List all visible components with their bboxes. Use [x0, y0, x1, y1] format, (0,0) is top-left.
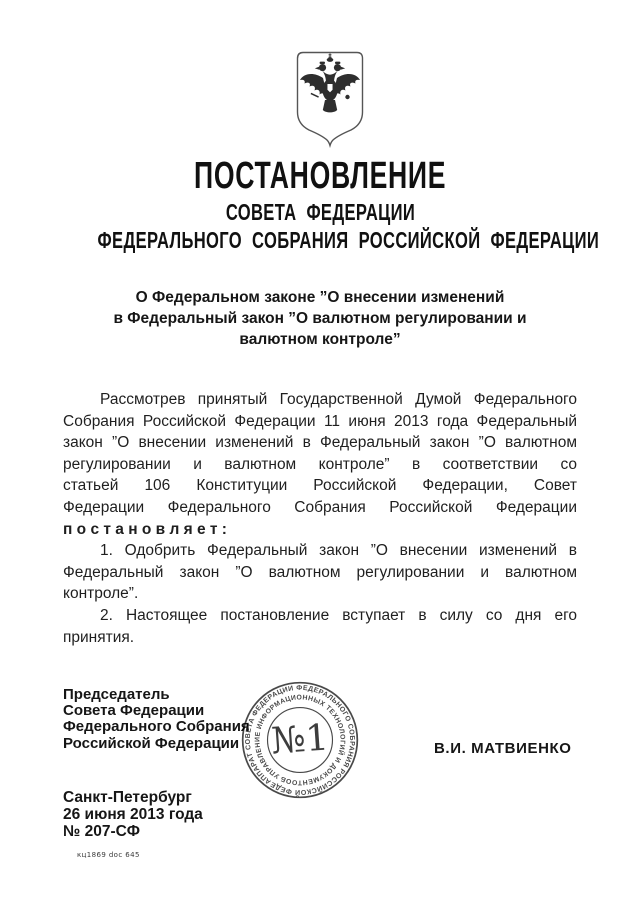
signer-role-line: Федерального Собрания [63, 719, 250, 735]
date-line: 26 июня 2013 года [63, 806, 203, 823]
body-line: 2. Настоящее постановление вступает в си… [63, 605, 577, 627]
signer-name: В.И. МАТВИЕНКО [434, 740, 572, 757]
body-line: закон ”О внесении изменений в Федеральны… [63, 432, 577, 454]
body-line: регулировании и валютном контроле” в соо… [63, 454, 577, 476]
signer-role-line: Совета Федерации [63, 703, 250, 719]
issuer-line-1: СОВЕТА ФЕДЕРАЦИИ [0, 199, 640, 226]
signer-role-line: Председатель [63, 687, 250, 703]
body-line: Собрания Российской Федерации 11 июня 20… [63, 411, 577, 433]
coat-of-arms [292, 50, 368, 148]
body-line: Рассмотрев принятый Государственной Думо… [63, 389, 577, 411]
document-page: ПОСТАНОВЛЕНИЕ СОВЕТА ФЕДЕРАЦИИ ФЕДЕРАЛЬН… [0, 0, 640, 905]
subject-line: валютном контроле” [60, 329, 580, 350]
place-date-block: Санкт-Петербург 26 июня 2013 года № 207-… [63, 789, 203, 840]
body-line: 1. Одобрить Федеральный закон ”О внесени… [63, 540, 577, 562]
archival-code: кц1869 doc 645 [77, 851, 140, 859]
signer-role-line: Российской Федерации [63, 736, 250, 752]
heraldic-shield-icon [292, 50, 368, 148]
subject-line: О Федеральном законе ”О внесении изменен… [60, 287, 580, 308]
body-line: Федерации Федерального Собрания Российск… [63, 497, 577, 519]
subject-heading: О Федеральном законе ”О внесении изменен… [60, 287, 580, 350]
subject-line: в Федеральный закон ”О валютном регулиро… [60, 308, 580, 329]
resolves-keyword: п о с т а н о в л я е т : [63, 519, 577, 541]
stamp-number: №1 [270, 716, 330, 763]
document-type-title: ПОСТАНОВЛЕНИЕ [0, 155, 640, 198]
issuer-line-2: ФЕДЕРАЛЬНОГО СОБРАНИЯ РОССИЙСКОЙ ФЕДЕРАЦ… [0, 227, 640, 254]
official-round-stamp: АППАРАТ СОВЕТА ФЕДЕРАЦИИ ФЕДЕРАЛЬНОГО СО… [236, 676, 364, 804]
double-headed-eagle-icon [300, 54, 360, 113]
doc-number-line: № 207-СФ [63, 823, 203, 840]
body-line: контроле”. [63, 583, 577, 605]
signature-block: Председатель Совета Федерации Федерально… [63, 687, 250, 752]
body-line: статьей 106 Конституции Российской Федер… [63, 475, 577, 497]
title-text: ПОСТАНОВЛЕНИЕ [194, 155, 446, 198]
body-line: Федеральный закон ”О валютном регулирова… [63, 562, 577, 584]
letterhead: ПОСТАНОВЛЕНИЕ СОВЕТА ФЕДЕРАЦИИ ФЕДЕРАЛЬН… [0, 155, 640, 254]
document-body: Рассмотрев принятый Государственной Думо… [63, 389, 577, 648]
place-line: Санкт-Петербург [63, 789, 203, 806]
body-line: принятия. [63, 627, 577, 649]
